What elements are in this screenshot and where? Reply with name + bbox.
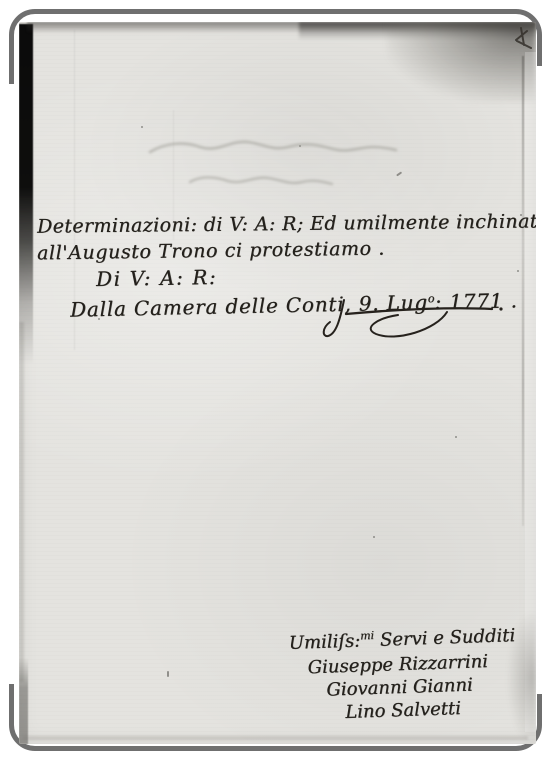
date-line-tail: : 1771 .: [434, 288, 518, 314]
scanned-manuscript-page: Determinazioni: di V: A: R; Ed umilmente…: [0, 0, 554, 760]
date-superscript: o: [428, 292, 435, 305]
ink-speck: [167, 671, 169, 677]
frame-left-gap: [6, 84, 18, 684]
body-line-3: Di V: A: R:: [96, 265, 218, 291]
ink-speck: [373, 536, 375, 538]
manuscript-paper: Determinazioni: di V: A: R; Ed umilmente…: [19, 22, 536, 744]
ink-speck: [299, 145, 301, 147]
ink-speck: [455, 436, 457, 438]
signature-block: Umiliſs:mi Servi e Sudditi Giuseppe Rizz…: [288, 624, 518, 726]
frame-right-gap: [536, 66, 548, 694]
scanner-edge-bottom: [19, 658, 28, 744]
scanner-edge-fade: [19, 322, 24, 682]
ink-speck: [517, 270, 519, 272]
closing-prefix: Umiliſs:: [288, 630, 360, 653]
top-right-corner-shadow: [387, 22, 536, 102]
closing-superscript: mi: [360, 629, 374, 642]
scanner-black-edge: [19, 24, 33, 364]
deckled-right-edge: [522, 56, 524, 526]
ink-speck: [141, 126, 143, 128]
paper-bottom-edge: [23, 736, 528, 740]
closing-rest: Servi e Sudditi: [374, 625, 516, 651]
